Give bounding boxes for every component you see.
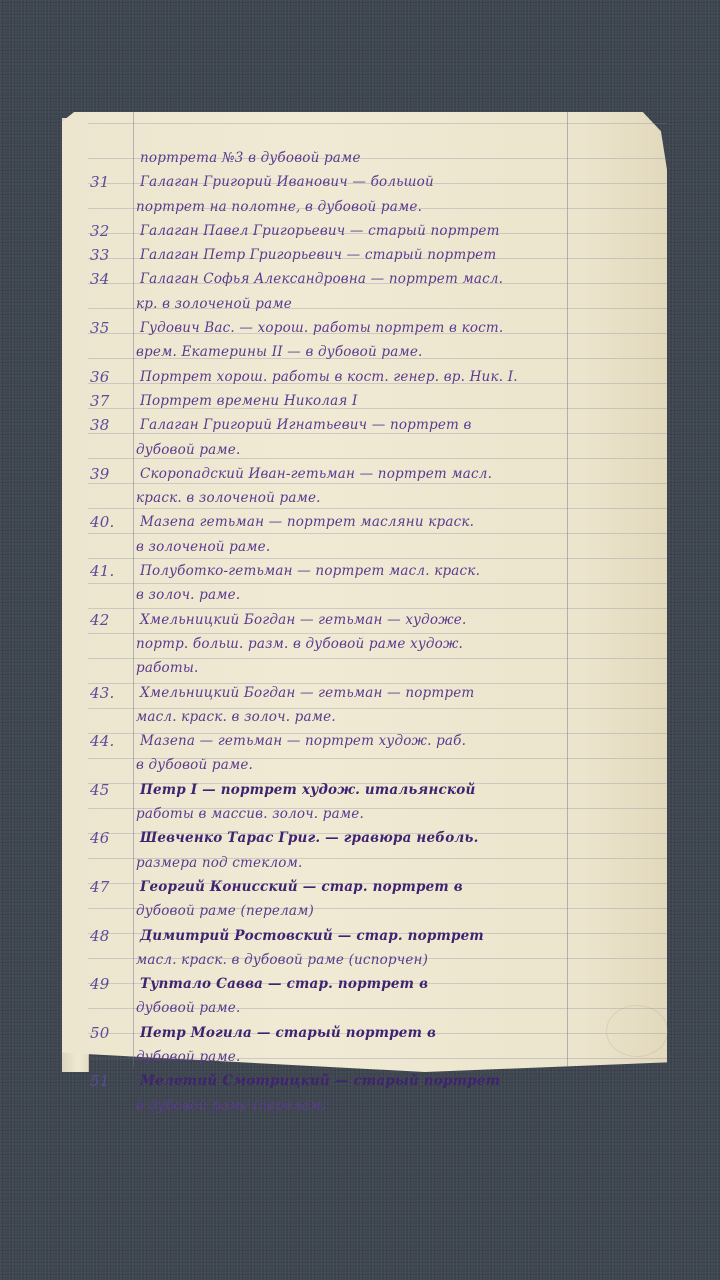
ledger-entry: 45Петр I — портрет худож. итальянской xyxy=(90,778,570,802)
ledger-entry-continuation: масл. краск. в золоч. раме. xyxy=(90,705,570,729)
ledger-entry: 42Хмельницкий Богдан — гетьман — художе. xyxy=(90,608,570,632)
entry-text: работы. xyxy=(136,656,199,680)
entry-number: 36 xyxy=(90,365,130,389)
entry-list: портрета №3 в дубовой раме31Галаган Григ… xyxy=(90,146,570,1118)
entry-text: Портрет хорош. работы в кост. генер. вр.… xyxy=(140,365,518,389)
entry-text: Галаган Петр Григорьевич — старый портре… xyxy=(140,243,496,267)
ledger-entry: 44.Мазепа — гетьман — портрет худож. раб… xyxy=(90,729,570,753)
entry-text: Георгий Конисский — стар. портрет в xyxy=(140,875,463,899)
ledger-entry: 39Скоропадский Иван-гетьман — портрет ма… xyxy=(90,462,570,486)
entry-text: Хмельницкий Богдан — гетьман — художе. xyxy=(140,608,466,632)
ledger-entry-continuation: кр. в золоченой раме xyxy=(90,292,570,316)
ledger-entry: 36Портрет хорош. работы в кост. генер. в… xyxy=(90,365,570,389)
entry-number: 38 xyxy=(90,413,130,437)
entry-text: в дубовой раме. xyxy=(136,753,253,777)
ledger-entry-continuation: размера под стеклом. xyxy=(90,851,570,875)
entry-text: Галаган Григорий Игнатьевич — портрет в xyxy=(140,413,472,437)
ledger-entry: 51Мелетий Смотрицкий — старый портрет xyxy=(90,1069,570,1093)
entry-text: краск. в золоченой раме. xyxy=(136,486,321,510)
entry-text: Мазепа — гетьман — портрет худож. раб. xyxy=(140,729,466,753)
entry-text: Хмельницкий Богдан — гетьман — портрет xyxy=(140,681,474,705)
entry-text: Гудович Вас. — хорош. работы портрет в к… xyxy=(140,316,503,340)
entry-text: масл. краск. в дубовой раме (испорчен) xyxy=(136,948,428,972)
entry-text: Туптало Савва — стар. портрет в xyxy=(140,972,428,996)
ledger-entry: 43.Хмельницкий Богдан — гетьман — портре… xyxy=(90,681,570,705)
entry-number: 31 xyxy=(90,170,130,194)
entry-number: 48 xyxy=(90,924,130,948)
ledger-entry: 35Гудович Вас. — хорош. работы портрет в… xyxy=(90,316,570,340)
ledger-entry-continuation: в золоченой раме. xyxy=(90,535,570,559)
ledger-entry: 34Галаган Софья Александровна — портрет … xyxy=(90,267,570,291)
entry-text: работы в массив. золоч. раме. xyxy=(136,802,364,826)
ledger-entry: 38Галаган Григорий Игнатьевич — портрет … xyxy=(90,413,570,437)
entry-number: 37 xyxy=(90,389,130,413)
ledger-entry: 47Георгий Конисский — стар. портрет в xyxy=(90,875,570,899)
entry-text: портр. больш. разм. в дубовой раме худож… xyxy=(136,632,463,656)
ledger-entry-continuation: дубовой раме. xyxy=(90,438,570,462)
ledger-entry-continuation: дубовой раме. xyxy=(90,1045,570,1069)
entry-number: 50 xyxy=(90,1021,130,1045)
ledger-entry: 37Портрет времени Николая I xyxy=(90,389,570,413)
ledger-entry: 48Димитрий Ростовский — стар. портрет xyxy=(90,924,570,948)
ledger-entry-continuation: работы. xyxy=(90,656,570,680)
entry-text: масл. краск. в золоч. раме. xyxy=(136,705,336,729)
entry-text: Скоропадский Иван-гетьман — портрет масл… xyxy=(140,462,492,486)
ledger-entry-continuation: в золоч. раме. xyxy=(90,583,570,607)
entry-text: Мелетий Смотрицкий — старый портрет xyxy=(140,1069,500,1093)
entry-number: 40. xyxy=(90,510,130,534)
ledger-entry-continuation: дубовой раме (перелам) xyxy=(90,899,570,923)
entry-text: Петр Могила — старый портрет в xyxy=(140,1021,436,1045)
entry-text: Димитрий Ростовский — стар. портрет xyxy=(140,924,484,948)
entry-text: Шевченко Тарас Григ. — гравюра неболь. xyxy=(140,826,479,850)
ledger-entry: портрета №3 в дубовой раме xyxy=(90,146,570,170)
entry-text: Полуботко-гетьман — портрет масл. краск. xyxy=(140,559,480,583)
entry-text: Галаган Павел Григорьевич — старый портр… xyxy=(140,219,500,243)
entry-text: дубовой раме. xyxy=(136,438,241,462)
ledger-entry: 41.Полуботко-гетьман — портрет масл. кра… xyxy=(90,559,570,583)
entry-text: врем. Екатерины II — в дубовой раме. xyxy=(136,340,423,364)
entry-number: 43. xyxy=(90,681,130,705)
ledger-entry: 46Шевченко Тарас Григ. — гравюра неболь. xyxy=(90,826,570,850)
entry-number: 45 xyxy=(90,778,130,802)
ledger-entry: 49Туптало Савва — стар. портрет в xyxy=(90,972,570,996)
entry-text: Галаган Григорий Иванович — большой xyxy=(140,170,434,194)
ledger-entry-continuation: краск. в золоченой раме. xyxy=(90,486,570,510)
entry-text: дубовой раме. xyxy=(136,996,241,1020)
faded-stamp xyxy=(606,1005,668,1057)
entry-number: 41. xyxy=(90,559,130,583)
entry-text: Галаган Софья Александровна — портрет ма… xyxy=(140,267,503,291)
entry-text: размера под стеклом. xyxy=(136,851,303,875)
ledger-entry: 50Петр Могила — старый портрет в xyxy=(90,1021,570,1045)
entry-number: 34 xyxy=(90,267,130,291)
entry-number: 35 xyxy=(90,316,130,340)
entry-number: 39 xyxy=(90,462,130,486)
ledger-entry: 33Галаган Петр Григорьевич — старый порт… xyxy=(90,243,570,267)
ledger-entry-continuation: работы в массив. золоч. раме. xyxy=(90,802,570,826)
entry-text: Портрет времени Николая I xyxy=(140,389,357,413)
entry-text: кр. в золоченой раме xyxy=(136,292,292,316)
ledger-entry: 32Галаган Павел Григорьевич — старый пор… xyxy=(90,219,570,243)
ledger-entry: 31Галаган Григорий Иванович — большой xyxy=(90,170,570,194)
ledger-entry-continuation: в дубовой раме. xyxy=(90,753,570,777)
entry-number: 46 xyxy=(90,826,130,850)
entry-number: 51 xyxy=(90,1069,130,1093)
entry-number: 44. xyxy=(90,729,130,753)
entry-text: Мазепа гетьман — портрет масляни краск. xyxy=(140,510,474,534)
entry-number: 33 xyxy=(90,243,130,267)
entry-text: Петр I — портрет худож. итальянской xyxy=(140,778,475,802)
entry-number: 32 xyxy=(90,219,130,243)
ledger-entry-continuation: врем. Екатерины II — в дубовой раме. xyxy=(90,340,570,364)
entry-text: портрет на полотне, в дубовой раме. xyxy=(136,195,422,219)
ledger-entry-continuation: дубовой раме. xyxy=(90,996,570,1020)
entry-text: в золоч. раме. xyxy=(136,583,240,607)
entry-text: дубовой раме. xyxy=(136,1045,241,1069)
entry-number: 49 xyxy=(90,972,130,996)
entry-text: в дубовой раме (перелам) xyxy=(136,1094,327,1118)
ledger-entry-continuation: в дубовой раме (перелам) xyxy=(90,1094,570,1118)
ledger-entry-continuation: портрет на полотне, в дубовой раме. xyxy=(90,195,570,219)
entry-number: 42 xyxy=(90,608,130,632)
entry-text: портрета №3 в дубовой раме xyxy=(140,146,361,170)
ledger-entry-continuation: портр. больш. разм. в дубовой раме худож… xyxy=(90,632,570,656)
ledger-entry: 40.Мазепа гетьман — портрет масляни крас… xyxy=(90,510,570,534)
entry-text: дубовой раме (перелам) xyxy=(136,899,314,923)
ledger-entry-continuation: масл. краск. в дубовой раме (испорчен) xyxy=(90,948,570,972)
entry-text: в золоченой раме. xyxy=(136,535,270,559)
entry-number: 47 xyxy=(90,875,130,899)
